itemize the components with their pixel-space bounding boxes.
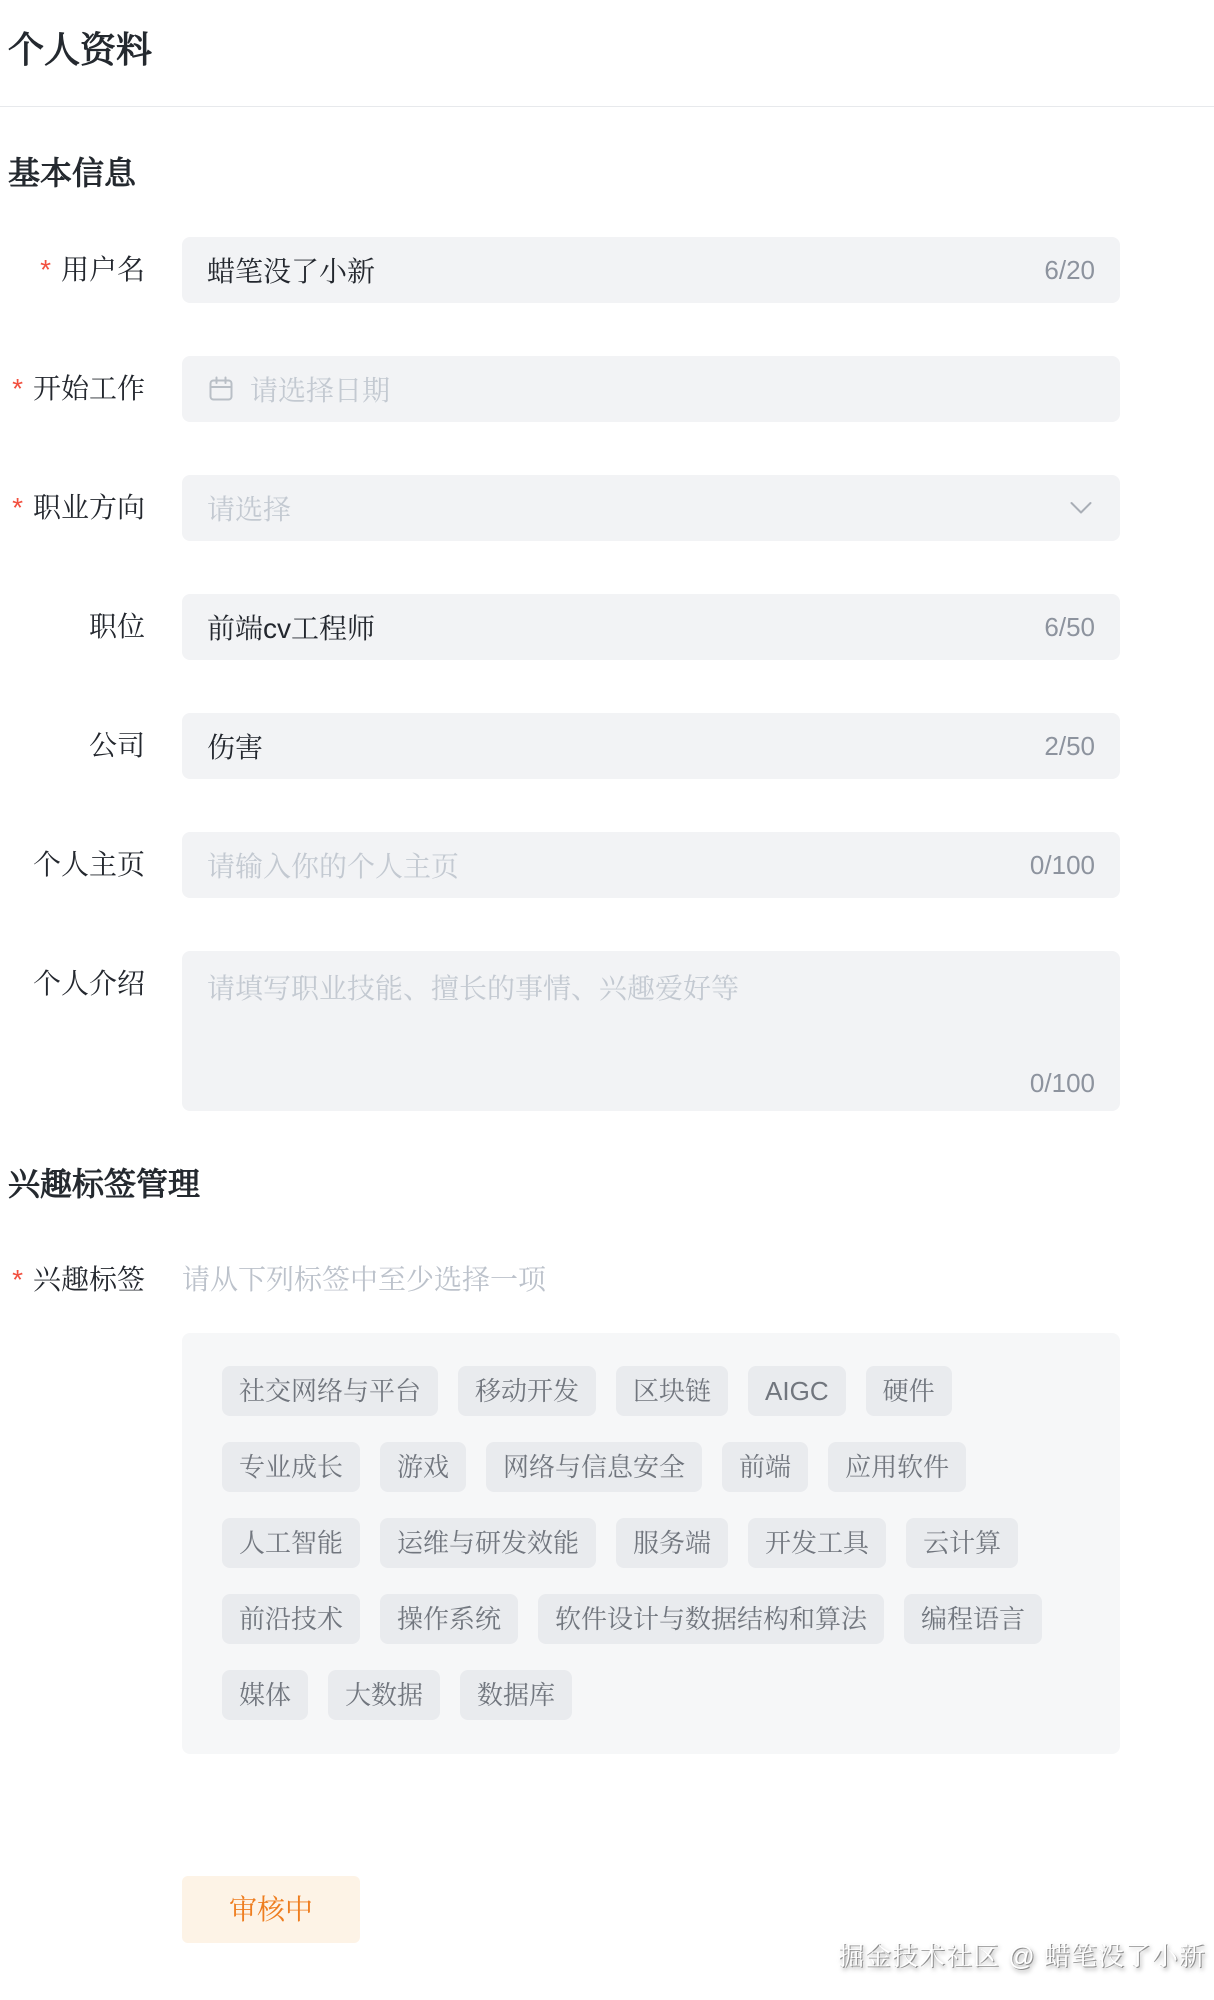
field-row-username: *用户名蜡笔没了小新6/20 bbox=[8, 237, 1214, 303]
tag-chip[interactable]: 前端 bbox=[722, 1442, 808, 1492]
watermark: 掘金技术社区 @ 蜡笔没了小新 bbox=[838, 1936, 1206, 1973]
tag-row: 社交网络与平台移动开发区块链AIGC硬件 bbox=[222, 1366, 1080, 1416]
field-label-text: 用户名 bbox=[61, 254, 145, 285]
tag-chip[interactable]: 媒体 bbox=[222, 1670, 308, 1720]
calendar-icon bbox=[207, 375, 235, 403]
field-label: *兴趣标签 bbox=[8, 1247, 145, 1313]
basic-form: *用户名蜡笔没了小新6/20*开始工作请选择日期*职业方向请选择职位前端cv工程… bbox=[0, 237, 1214, 1111]
tag-chip[interactable]: 操作系统 bbox=[380, 1594, 518, 1644]
field-placeholder: 请输入你的个人主页 bbox=[207, 845, 1010, 885]
field-row-homepage: 个人主页请输入你的个人主页0/100 bbox=[8, 832, 1214, 898]
tag-chip[interactable]: 移动开发 bbox=[458, 1366, 596, 1416]
tag-chip[interactable]: 前沿技术 bbox=[222, 1594, 360, 1644]
divider bbox=[0, 106, 1214, 107]
footer: 审核中 bbox=[182, 1876, 1214, 1943]
company-input[interactable]: 伤害2/50 bbox=[182, 713, 1120, 779]
char-counter: 0/100 bbox=[1030, 850, 1095, 881]
profile-page: 个人资料 基本信息 *用户名蜡笔没了小新6/20*开始工作请选择日期*职业方向请… bbox=[0, 28, 1214, 1943]
tag-chip[interactable]: 数据库 bbox=[460, 1670, 572, 1720]
tag-row: 人工智能运维与研发效能服务端开发工具云计算 bbox=[222, 1518, 1080, 1568]
field-label-text: 公司 bbox=[89, 730, 145, 761]
field-label: *开始工作 bbox=[8, 356, 145, 422]
field-label: 个人主页 bbox=[8, 832, 145, 898]
tag-chip[interactable]: 硬件 bbox=[866, 1366, 952, 1416]
field-label: 公司 bbox=[8, 713, 145, 779]
field-row-introduction: 个人介绍请填写职业技能、擅长的事情、兴趣爱好等0/100 bbox=[8, 951, 1214, 1111]
field-label-text: 开始工作 bbox=[33, 373, 145, 404]
chevron-down-icon bbox=[1070, 502, 1092, 515]
tag-chip[interactable]: 开发工具 bbox=[748, 1518, 886, 1568]
char-counter: 6/50 bbox=[1044, 612, 1095, 643]
tags-hint: 请从下列标签中至少选择一项 bbox=[182, 1247, 546, 1313]
field-label: *用户名 bbox=[8, 237, 145, 303]
tag-chip[interactable]: 软件设计与数据结构和算法 bbox=[538, 1594, 884, 1644]
required-asterisk: * bbox=[12, 492, 23, 523]
tag-chip[interactable]: 运维与研发效能 bbox=[380, 1518, 596, 1568]
job-title-input[interactable]: 前端cv工程师6/50 bbox=[182, 594, 1120, 660]
field-label-text: 职业方向 bbox=[33, 492, 145, 523]
field-label: 职位 bbox=[8, 594, 145, 660]
tag-row: 前沿技术操作系统软件设计与数据结构和算法编程语言 bbox=[222, 1594, 1080, 1644]
field-row-career-direction: *职业方向请选择 bbox=[8, 475, 1214, 541]
tag-chip[interactable]: 应用软件 bbox=[828, 1442, 966, 1492]
char-counter: 6/20 bbox=[1044, 255, 1095, 286]
tag-chip[interactable]: 社交网络与平台 bbox=[222, 1366, 438, 1416]
tag-panel: 社交网络与平台移动开发区块链AIGC硬件专业成长游戏网络与信息安全前端应用软件人… bbox=[182, 1333, 1120, 1754]
page-title: 个人资料 bbox=[8, 28, 1214, 72]
tags-section: *兴趣标签 请从下列标签中至少选择一项 社交网络与平台移动开发区块链AIGC硬件… bbox=[0, 1247, 1214, 1754]
field-placeholder: 请选择日期 bbox=[250, 369, 1095, 409]
field-value: 伤害 bbox=[207, 726, 1024, 766]
introduction-textarea[interactable]: 请填写职业技能、擅长的事情、兴趣爱好等0/100 bbox=[182, 951, 1120, 1111]
tag-chip[interactable]: 区块链 bbox=[616, 1366, 728, 1416]
field-label-text: 个人介绍 bbox=[33, 968, 145, 999]
tag-chip[interactable]: 大数据 bbox=[328, 1670, 440, 1720]
homepage-input[interactable]: 请输入你的个人主页0/100 bbox=[182, 832, 1120, 898]
field-label-text: 兴趣标签 bbox=[33, 1264, 145, 1295]
status-button[interactable]: 审核中 bbox=[182, 1876, 360, 1943]
field-label-text: 职位 bbox=[89, 611, 145, 642]
tag-chip[interactable]: 游戏 bbox=[380, 1442, 466, 1492]
tag-row: 媒体大数据数据库 bbox=[222, 1670, 1080, 1720]
tag-chip[interactable]: AIGC bbox=[748, 1366, 846, 1416]
tag-chip[interactable]: 人工智能 bbox=[222, 1518, 360, 1568]
tag-chip[interactable]: 专业成长 bbox=[222, 1442, 360, 1492]
field-row-job-title: 职位前端cv工程师6/50 bbox=[8, 594, 1214, 660]
field-value: 蜡笔没了小新 bbox=[207, 250, 1024, 290]
field-label: *职业方向 bbox=[8, 475, 145, 541]
section-heading-basic: 基本信息 bbox=[8, 153, 1214, 193]
field-row-interest-tags: *兴趣标签 请从下列标签中至少选择一项 bbox=[8, 1247, 1214, 1313]
career-direction-select[interactable]: 请选择 bbox=[182, 475, 1120, 541]
field-label: 个人介绍 bbox=[8, 951, 145, 1017]
work-start-date-date-picker[interactable]: 请选择日期 bbox=[182, 356, 1120, 422]
tag-chip[interactable]: 编程语言 bbox=[904, 1594, 1042, 1644]
field-row-company: 公司伤害2/50 bbox=[8, 713, 1214, 779]
field-row-work-start-date: *开始工作请选择日期 bbox=[8, 356, 1214, 422]
section-heading-tags: 兴趣标签管理 bbox=[8, 1164, 1214, 1204]
required-asterisk: * bbox=[12, 1264, 23, 1295]
username-input[interactable]: 蜡笔没了小新6/20 bbox=[182, 237, 1120, 303]
field-value: 前端cv工程师 bbox=[207, 607, 1024, 647]
tag-chip[interactable]: 云计算 bbox=[906, 1518, 1018, 1568]
field-label-text: 个人主页 bbox=[33, 849, 145, 880]
tag-row: 专业成长游戏网络与信息安全前端应用软件 bbox=[222, 1442, 1080, 1492]
char-counter: 2/50 bbox=[1044, 731, 1095, 762]
field-placeholder: 请选择 bbox=[207, 488, 1095, 528]
tag-chip[interactable]: 服务端 bbox=[616, 1518, 728, 1568]
field-placeholder: 请填写职业技能、擅长的事情、兴趣爱好等 bbox=[207, 967, 1095, 1011]
required-asterisk: * bbox=[12, 373, 23, 404]
required-asterisk: * bbox=[40, 254, 51, 285]
char-counter: 0/100 bbox=[1030, 1068, 1095, 1099]
tag-chip[interactable]: 网络与信息安全 bbox=[486, 1442, 702, 1492]
